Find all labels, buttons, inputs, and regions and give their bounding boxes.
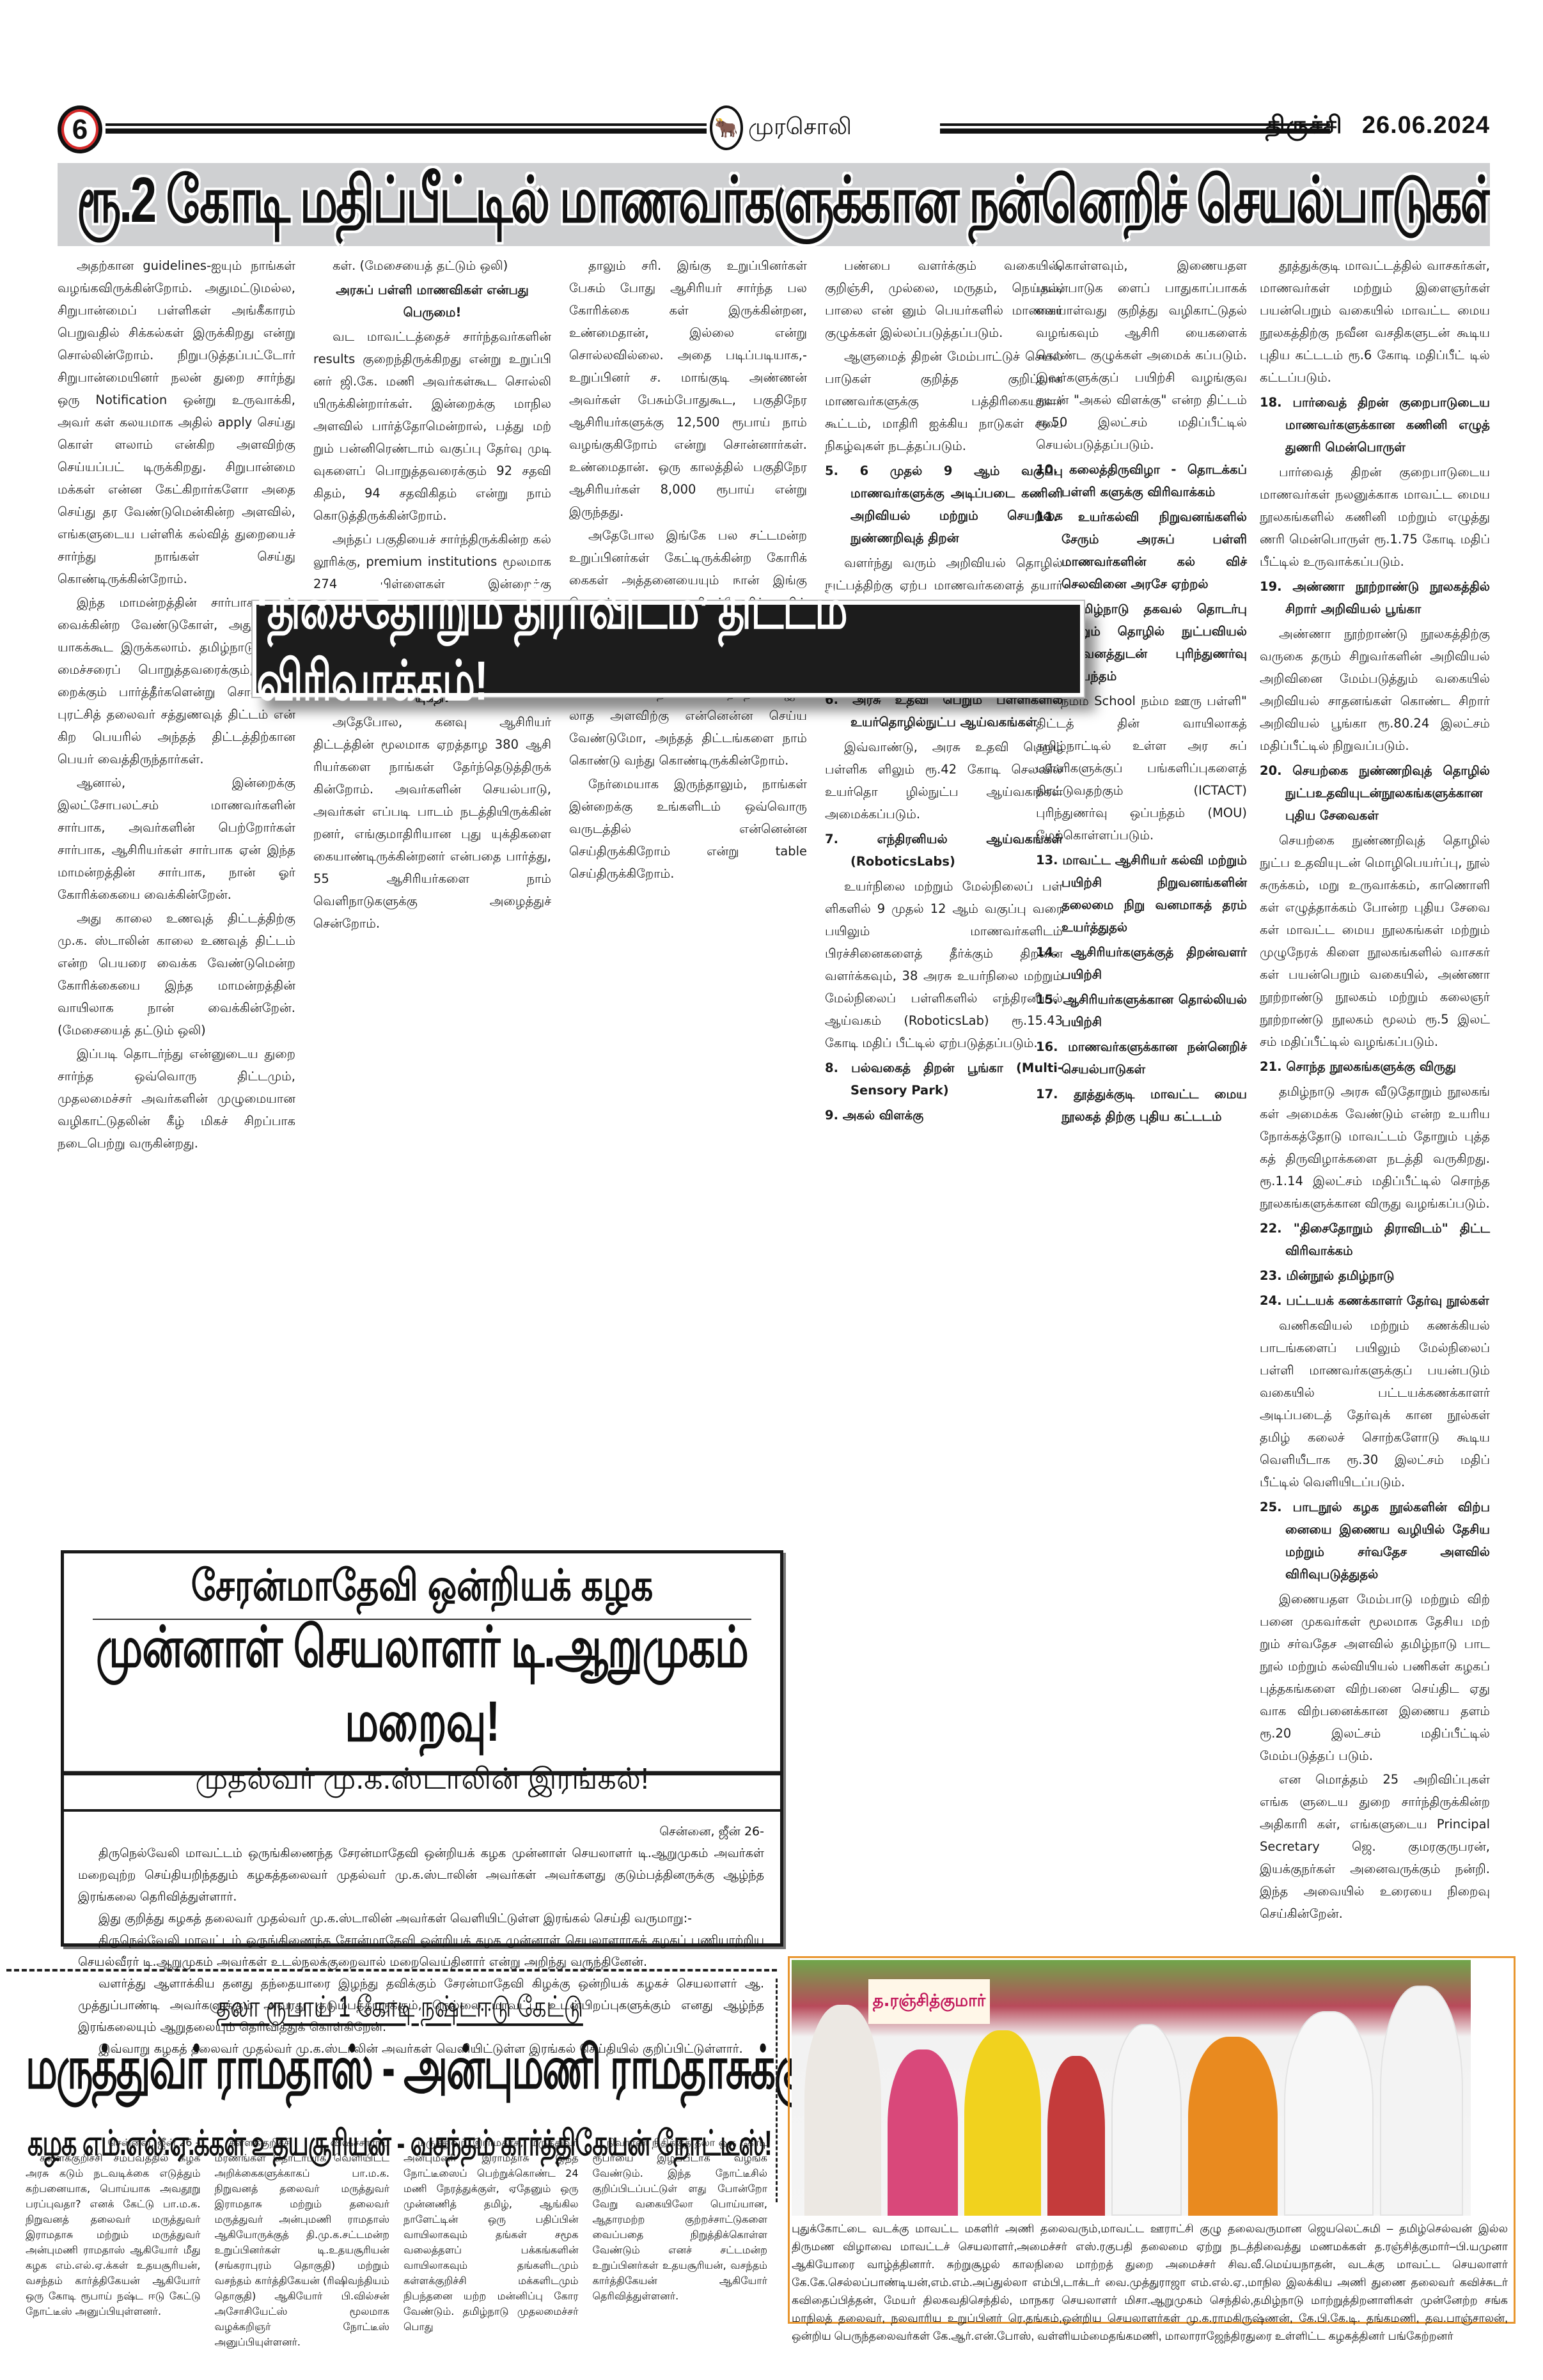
bull-emblem-icon: 🐂 [710, 105, 743, 150]
person-figure [1111, 2024, 1182, 2216]
article-subheading: 16. மாணவர்களுக்கான நன்னெறிச் செயல்பாடுகள… [1036, 1036, 1247, 1080]
article-subheading: 14. ஆசிரியர்களுக்குத் திறன்வளர் பயிற்சி [1036, 941, 1247, 986]
notice-column-2: கள்ளக்குறிச்சி விஷச்சாராய மரணங்கள் தொடர்… [215, 2135, 390, 2350]
article-paragraph: தமிழ்நாடு அரசு வீடுதோறும் நூலகங் கள் அமை… [1260, 1080, 1490, 1215]
article-subheading: 9. அகல் விளக்கு [825, 1104, 1063, 1126]
condolence-paragraph: திருநெல்வேலி மாவட்டம் ஒருங்கிணைந்த சேரன்… [78, 1842, 764, 1908]
article-paragraph: கள். (மேசையைத் தட்டும் ஒலி) [313, 254, 551, 277]
notice-dateline: சென்னை, ஜீன் 26 – [26, 2135, 201, 2151]
article-subheading: 25. பாடநூல் கழக நூல்களின் விற்ப னையை இணை… [1260, 1496, 1490, 1585]
article-subheading: 13. மாவட்ட ஆசிரியர் கல்வி மற்றும் பயிற்ச… [1036, 849, 1247, 938]
person-figure [1284, 2011, 1374, 2216]
edition-dateline: திருச்சி26.06.2024 [1265, 112, 1490, 143]
person-figure [804, 2005, 881, 2216]
notice-paragraph: கள்ளக்குறிச்சி சம்பவத்தில் கழக அரசு கடும… [26, 2151, 201, 2319]
banner-headline: ‘திசைதோறும் திராவிடம்’ திட்டம் விரிவாக்க… [256, 577, 1080, 720]
notice-column-1: சென்னை, ஜீன் 26 – கள்ளக்குறிச்சி சம்பவத்… [26, 2135, 201, 2350]
article-subheading: 8. பல்வகைத் திறன் பூங்கா (Multi-Sensory … [825, 1057, 1063, 1101]
article-subheading: 23. மின்நூல் தமிழ்நாடு [1260, 1264, 1490, 1287]
notice-paragraph: மருத்துவர் இராமதாசு, மருத்துவர் அன்புமணி… [403, 2135, 579, 2335]
person-figure [1188, 2037, 1278, 2216]
article-paragraph: தூத்துக்குடி மாவட்டத்தில் வாசகர்கள், மாண… [1260, 254, 1490, 389]
article-paragraph: தாலும் சரி. இங்கு உறுப்பினர்கள் பேசும் ப… [569, 254, 807, 523]
photo-caption: புதுக்கோட்டை வடக்கு மாவட்ட மகளிர் அணி தல… [792, 2220, 1508, 2345]
notice-column-3: மருத்துவர் இராமதாசு, மருத்துவர் அன்புமணி… [403, 2135, 579, 2350]
vertical-divider [776, 1979, 778, 2202]
article-column-6: தூத்துக்குடி மாவட்டத்தில் வாசகர்கள், மாண… [1260, 254, 1490, 1926]
article-paragraph: உயர்நிலை மற்றும் மேல்நிலைப் பள் ளிகளில் … [825, 875, 1063, 1054]
article-paragraph: நேர்மையாக இருந்தாலும், நாங்கள் இன்றைக்கு… [569, 773, 807, 885]
article-paragraph: வட மாவட்டத்தைச் சார்ந்தவர்களின் results … [313, 325, 551, 527]
page-number: 6 [58, 105, 102, 153]
person-figure [888, 2049, 958, 2216]
condolence-paragraph: திருநெல்வேலி மாவட்டம் ஒருங்கிணைந்த சேரன்… [78, 1929, 764, 1973]
article-subheading: 10. கலைத்திருவிழா - தொடக்கப் பள்ளி களுக்… [1036, 458, 1247, 503]
article-paragraph: செயற்கை நுண்ணறிவுத் தொழில் நுட்ப உதவியுட… [1260, 829, 1490, 1053]
article-paragraph: பார்வைத் திறன் குறைபாடுடைய மாணவர்கள் நலன… [1260, 461, 1490, 573]
person-figure [1047, 2056, 1105, 2216]
article-subheading: 21. சொந்த நூலகங்களுக்கு விருது [1260, 1055, 1490, 1078]
newspaper-logo: 🐂 முரசொலி [710, 105, 852, 150]
article-subheading: அரசுப் பள்ளி மாணவிகள் என்பது பெருமை! [313, 279, 551, 323]
notice-kicker: தலா ரூபாய் 1 கோடி நஷ்டஈடு கேட்டு [26, 1979, 774, 2028]
condolence-dateline: சென்னை, ஜீன் 26- [78, 1821, 764, 1842]
article-subheading: 22. "திசைதோறும் திராவிடம்" திட்ட விரிவாக… [1260, 1217, 1490, 1262]
condolence-box: சேரன்மாதேவி ஒன்றியக் கழக முன்னாள் செயலாள… [61, 1550, 783, 1947]
wedding-name-sign: த.ரஞ்சித்குமார் [868, 1979, 990, 2024]
notice-headline: மருத்துவர் ராமதாஸ் - அன்புமணி ராமதாசுக்க… [26, 2034, 774, 2111]
notice-paragraph: கள்ளக்குறிச்சி விஷச்சாராய மரணங்கள் தொடர்… [215, 2135, 390, 2350]
article-paragraph: ஆனால், இன்றைக்கு இலட்சோபலட்சம் மாணவர்களி… [58, 772, 295, 906]
article-paragraph: என மொத்தம் 25 அறிவிப்புகள் எங்க ளுடைய து… [1260, 1768, 1490, 1925]
article-paragraph: அதேபோல, கனவு ஆசிரியர் திட்டத்தின் மூலமாக… [313, 711, 551, 935]
wedding-photo: த.ரஞ்சித்குமார் [792, 1960, 1471, 2216]
notice-paragraph: நிவாரண நிதிக்குத் தலா ஒரு கோடி ரூபாயை இழ… [593, 2135, 768, 2304]
article-subheading: 5. 6 முதல் 9 ஆம் வகுப்பு மாணவர்களுக்கு அ… [825, 460, 1063, 549]
article-paragraph: வணிகவியல் மற்றும் கணக்கியல் பாடங்களைப் ப… [1260, 1314, 1490, 1493]
paper-name: முரசொலி [748, 113, 852, 143]
article-paragraph: அதற்கான guidelines-ஐயும் நாங்கள் வழங்கவி… [58, 254, 295, 590]
edition-date: 26.06.2024 [1362, 112, 1490, 139]
condolence-paragraph: இது குறித்து கழகத் தலைவர் முதல்வர் மு.க.… [78, 1908, 764, 1929]
article-paragraph: அண்ணா நூற்றாண்டு நூலகத்திற்கு வருகை தரும… [1260, 623, 1490, 757]
article-paragraph: இவ்வாண்டு, அரசு உதவி பெறும் பள்ளிக ளிலும… [825, 736, 1063, 825]
masthead: 6 🐂 முரசொலி திருச்சி26.06.2024 [58, 105, 1490, 153]
section-divider [6, 1969, 777, 1972]
person-figure [1380, 1986, 1463, 2216]
article-paragraph: கொள்ளவும், இணையதள பயன்பாடுக ளைப் பாதுகாப… [1036, 254, 1247, 456]
article-subheading: 24. பட்டயக் கணக்காளர் தேர்வு நூல்கள் [1260, 1289, 1490, 1312]
notice-story-body: சென்னை, ஜீன் 26 – கள்ளக்குறிச்சி சம்பவத்… [26, 2135, 767, 2350]
article-subheading: 18. பார்வைத் திறன் குறைபாடுடைய மாணவர்களு… [1260, 391, 1490, 458]
lead-headline: ரூ.2 கோடி மதிப்பீட்டில் மாணவர்களுக்கான ந… [77, 163, 1490, 246]
masthead-rule-left [106, 123, 707, 134]
article-paragraph: இணையதள மேம்பாடு மற்றும் விற் பனை முகவர்க… [1260, 1588, 1490, 1767]
edition-city: திருச்சி [1265, 112, 1343, 139]
article-subheading: 15. ஆசிரியர்களுக்கான தொல்லியல் பயிற்சி [1036, 988, 1247, 1033]
notice-column-4: நிவாரண நிதிக்குத் தலா ஒரு கோடி ரூபாயை இழ… [593, 2135, 768, 2350]
article-subheading: 7. எந்திரனியல் ஆய்வகங்கள் (RoboticsLabs) [825, 828, 1063, 873]
article-subheading: 17. தூத்துக்குடி மாவட்ட மைய நூலகத் திற்க… [1036, 1083, 1247, 1128]
person-figure [964, 2030, 1041, 2216]
article-column-3: தாலும் சரி. இங்கு உறுப்பினர்கள் பேசும் ப… [569, 254, 807, 886]
lead-headline-band: ரூ.2 கோடி மதிப்பீட்டில் மாணவர்களுக்கான ந… [58, 163, 1490, 246]
condolence-title-line2: முன்னாள் செயலாளர் டி.ஆறுமுகம் மறைவு! [64, 1597, 780, 1775]
article-subheading: 20. செயற்கை நுண்ணறிவுத் தொழில் நுட்பஉதவி… [1260, 759, 1490, 827]
article-paragraph: பண்பை வளர்க்கும் வகையில், குறிஞ்சி, முல்… [825, 254, 1063, 344]
dravidam-scheme-banner: ‘திசைதோறும் திராவிடம்’ திட்டம் விரிவாக்க… [253, 601, 1084, 697]
article-subheading: 19. அண்ணா நூற்றாண்டு நூலகத்தில் சிறார் அ… [1260, 575, 1490, 620]
article-paragraph: இப்படி தொடர்ந்து என்னுடைய துறை சார்ந்த ஒ… [58, 1043, 295, 1155]
article-paragraph: ஆளுமைத் திறன் மேம்பாட்டுச் செயல் பாடுகள்… [825, 345, 1063, 457]
article-paragraph: அது காலை உணவுத் திட்டத்திற்கு மு.க. ஸ்டா… [58, 907, 295, 1041]
